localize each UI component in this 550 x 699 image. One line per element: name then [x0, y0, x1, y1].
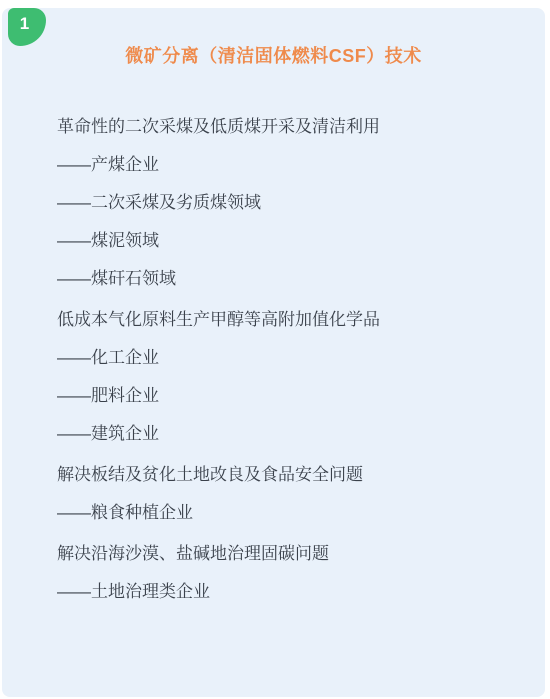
- section-heading: 解决沿海沙漠、盐碱地治理固碳问题: [57, 543, 515, 565]
- section-item: ——肥料企业: [57, 385, 515, 407]
- page-title: 微矿分离（清洁固体燃料CSF）技术: [2, 44, 545, 68]
- section-land-governance: 解决沿海沙漠、盐碱地治理固碳问题 ——土地治理类企业: [57, 543, 515, 603]
- section-item: ——煤矸石领域: [57, 268, 515, 290]
- content-body: 革命性的二次采煤及低质煤开采及清洁利用 ——产煤企业 ——二次采煤及劣质煤领域 …: [2, 116, 545, 603]
- section-item: ——产煤企业: [57, 154, 515, 176]
- section-heading: 革命性的二次采煤及低质煤开采及清洁利用: [57, 116, 515, 138]
- section-item: ——二次采煤及劣质煤领域: [57, 192, 515, 214]
- content-card: 微矿分离（清洁固体燃料CSF）技术 革命性的二次采煤及低质煤开采及清洁利用 ——…: [2, 8, 545, 697]
- section-item: ——建筑企业: [57, 423, 515, 445]
- section-item: ——化工企业: [57, 347, 515, 369]
- section-heading: 低成本气化原料生产甲醇等高附加值化学品: [57, 309, 515, 331]
- section-soil-improvement: 解决板结及贫化土地改良及食品安全问题 ——粮食种植企业: [57, 464, 515, 524]
- section-item: ——粮食种植企业: [57, 502, 515, 524]
- section-coal-mining: 革命性的二次采煤及低质煤开采及清洁利用 ——产煤企业 ——二次采煤及劣质煤领域 …: [57, 116, 515, 290]
- section-item: ——煤泥领域: [57, 230, 515, 252]
- section-heading: 解决板结及贫化土地改良及食品安全问题: [57, 464, 515, 486]
- section-item: ——土地治理类企业: [57, 581, 515, 603]
- section-number: 1: [20, 14, 29, 34]
- section-gasification: 低成本气化原料生产甲醇等高附加值化学品 ——化工企业 ——肥料企业 ——建筑企业: [57, 309, 515, 445]
